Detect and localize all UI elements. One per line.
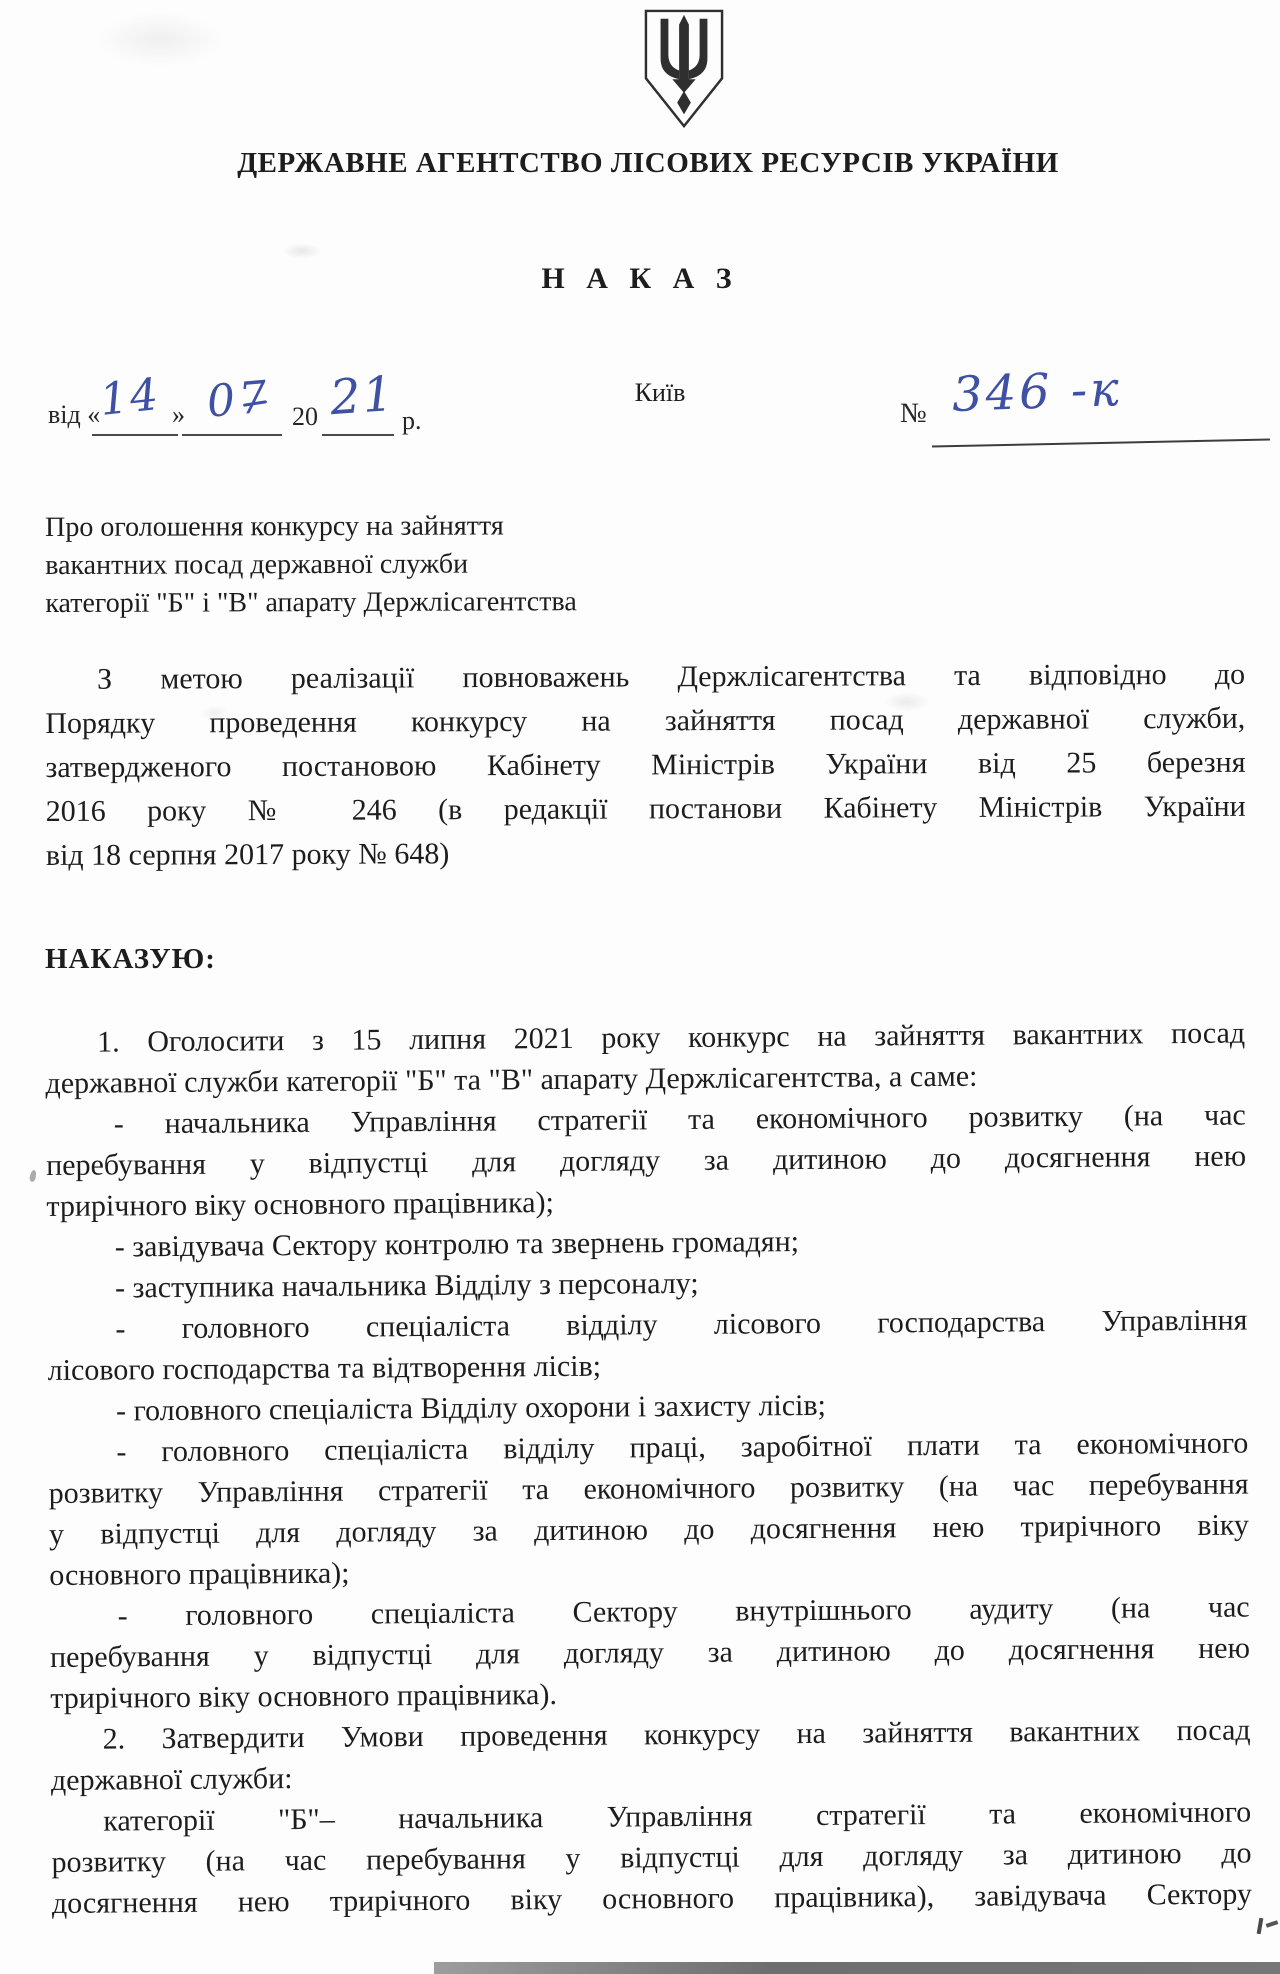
preamble-line: Порядку проведення конкурсу на зайняття … xyxy=(45,697,1245,746)
subject-line: вакантних посад державної служби xyxy=(45,545,577,585)
order-word: НАКАЗУЮ: xyxy=(45,943,216,976)
document-page: ДЕРЖАВНЕ АГЕНТСТВО ЛІСОВИХ РЕСУРСІВ УКРА… xyxy=(0,0,1280,1974)
preamble-paragraph: З метою реалізації повноважень Держлісаг… xyxy=(45,653,1246,878)
handwritten-day: 14 xyxy=(97,369,162,426)
preamble-line: затвердженого постановою Кабінету Мініст… xyxy=(45,741,1245,790)
scan-artifact xyxy=(95,12,225,67)
handwritten-order-number: 346 -к xyxy=(951,361,1123,423)
year-underline xyxy=(322,434,394,436)
document-type-title: Н А К А З xyxy=(0,262,1280,296)
agency-name: ДЕРЖАВНЕ АГЕНТСТВО ЛІСОВИХ РЕСУРСІВ УКРА… xyxy=(0,147,1280,180)
scan-artifact xyxy=(282,243,322,259)
scan-artifact xyxy=(29,1170,37,1183)
preamble-line: 2016 року № 246 (в редакції постанови Ка… xyxy=(46,785,1246,834)
subject-line: Про оголошення конкурсу на зайняття xyxy=(45,507,577,547)
handwritten-year: 21 xyxy=(328,366,397,426)
day-underline xyxy=(92,434,178,436)
number-underline xyxy=(932,438,1270,447)
subject-line: категорії "Б" і "В" апарату Держлісагент… xyxy=(45,583,577,623)
year-prefix: 20 xyxy=(292,402,318,432)
date-close-quote: » xyxy=(172,400,185,430)
month-underline xyxy=(182,434,282,436)
order-body: 1. Оголосити з 15 липня 2021 року конкур… xyxy=(45,1013,1252,1924)
trident-icon xyxy=(640,8,728,130)
handwritten-month: 07 xyxy=(205,371,273,427)
preamble-line: від 18 серпня 2017 року № 648) xyxy=(46,829,1246,878)
subject-block: Про оголошення конкурсу на зайняття вака… xyxy=(45,507,577,623)
city-label: Київ xyxy=(600,378,720,408)
scan-edge-bar xyxy=(434,1962,1280,1974)
date-from-label: від « xyxy=(48,400,100,430)
body-line: досягнення нею трирічного віку основного… xyxy=(52,1874,1252,1924)
scan-artifact xyxy=(1256,1918,1280,1938)
number-label: № xyxy=(900,398,927,430)
coat-of-arms-emblem xyxy=(640,8,728,130)
preamble-line: З метою реалізації повноважень Держлісаг… xyxy=(45,653,1245,702)
year-suffix: р. xyxy=(402,406,422,436)
